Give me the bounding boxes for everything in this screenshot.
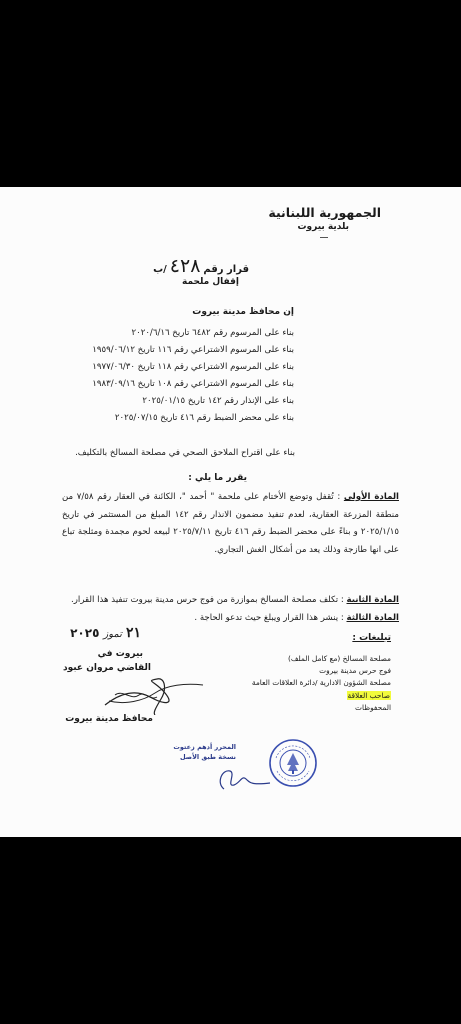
decision-subject: إقفال ملحمة [182, 277, 239, 287]
article-1-label: المادة الأولى [344, 492, 399, 502]
article-2-text: : تكلف مصلحة المسالخ بموازرة من فوج حرس … [71, 595, 346, 605]
editor-name: المحرر أدهم زعتوت [173, 742, 236, 752]
notification-item: مصلحة الشؤون الادارية /دائرة العلاقات ال… [252, 677, 391, 689]
preamble-item: بناء على المرسوم رقم ٦٤٨٢ تاريخ ٢٠٢٠/٦/١… [92, 325, 294, 342]
article-1: المادة الأولى : تُقفل وتوضع الأختام على … [62, 489, 399, 559]
article-3: المادة الثالثة : ينشر هذا القرار ويبلغ ح… [194, 613, 399, 623]
proposal-line: بناء على اقتراح الملاحق الصحي في مصلحة ا… [75, 448, 295, 458]
decides-heading: يقرر ما يلي : [188, 473, 247, 483]
handwritten-signature-icon [95, 675, 205, 715]
signature-place: بيروت في [98, 649, 143, 659]
signature-day: ٢١ [126, 625, 141, 641]
preamble-item: بناء على محضر الضبط رقم ٤١٦ تاريخ ٢٠٢٥/٠… [92, 410, 294, 427]
notification-item-highlighted: صاحب العلاقة [252, 690, 391, 702]
highlighted-text: صاحب العلاقة [347, 691, 391, 700]
notifications-list: مصلحة المسالخ (مع كامل الملف) فوج حرس مد… [252, 653, 391, 714]
decision-number: ٤٢٨ [170, 255, 201, 277]
article-2: المادة الثانية : تكلف مصلحة المسالخ بموا… [71, 595, 399, 605]
municipality-title: بلدية بيروت [297, 222, 349, 232]
preamble-item: بناء على الإنذار رقم ١٤٢ تاريخ ٢٠٢٥/٠١/١… [92, 393, 294, 410]
republic-title: الجمهورية اللبنانية [268, 205, 381, 220]
signatory-title: محافظ مدينة بيروت [65, 714, 153, 724]
signature-year: ٢٠٢٥ [70, 626, 99, 640]
preamble-item: بناء على المرسوم الاشتراعي رقم ١١٨ تاريخ… [92, 359, 294, 376]
true-copy-label: نسخة طبق الأصل [173, 752, 236, 762]
signatory-name: القاضي مروان عبود [63, 663, 151, 673]
signature-month: تموز [103, 629, 122, 640]
notification-item: مصلحة المسالخ (مع كامل الملف) [252, 653, 391, 665]
decision-label: قرار رقم [203, 264, 249, 275]
notification-item: المحفوظات [252, 702, 391, 714]
preamble-item: بناء على المرسوم الاشتراعي رقم ١٠٨ تاريخ… [92, 376, 294, 393]
signature-date: ٢١ تموز ٢٠٢٥ [70, 625, 141, 641]
official-seal-icon [268, 738, 318, 788]
certified-copy-note: المحرر أدهم زعتوت نسخة طبق الأصل [173, 742, 236, 762]
copy-signature-icon [212, 765, 272, 793]
article-3-label: المادة الثالثة [347, 613, 400, 623]
header-divider [320, 237, 328, 238]
black-band-top [0, 0, 461, 187]
decision-number-line: قرار رقم ٤٢٨ /ب [153, 255, 249, 277]
preamble-item: بناء على المرسوم الاشتراعي رقم ١١٦ تاريخ… [92, 342, 294, 359]
black-band-bottom [0, 837, 461, 1024]
decree-document: الجمهورية اللبنانية بلدية بيروت قرار رقم… [0, 187, 461, 837]
governor-intro: إن محافظ مدينة بيروت [192, 307, 294, 317]
notifications-title: تبليغات : [352, 633, 391, 643]
decision-suffix: /ب [153, 264, 167, 275]
article-2-label: المادة الثانية [347, 595, 400, 605]
preamble-list: بناء على المرسوم رقم ٦٤٨٢ تاريخ ٢٠٢٠/٦/١… [92, 325, 294, 427]
notification-item: فوج حرس مدينة بيروت [252, 665, 391, 677]
article-3-text: : ينشر هذا القرار ويبلغ حيث تدعو الحاجة … [194, 613, 346, 623]
